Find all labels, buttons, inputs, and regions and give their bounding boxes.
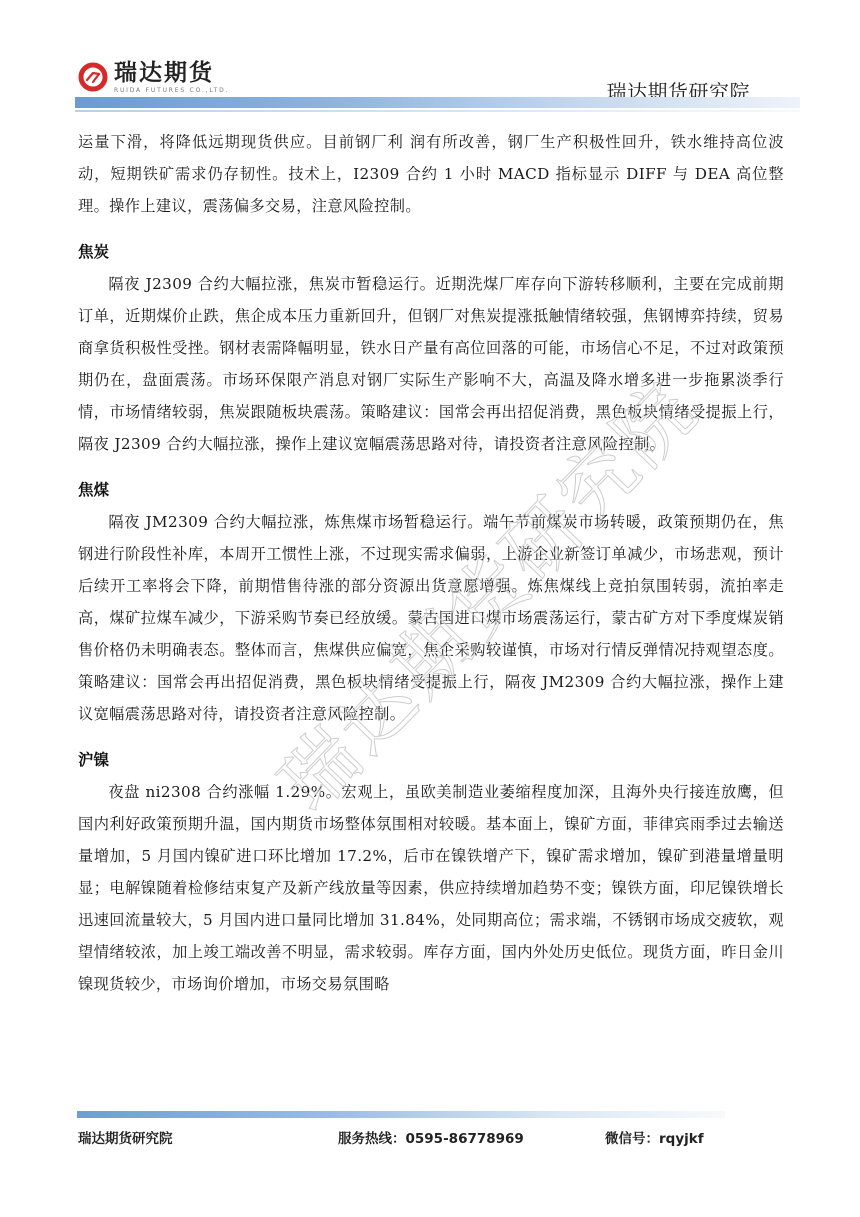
section-paragraph-coke: 隔夜 J2309 合约大幅拉涨，焦炭市暂稳运行。近期洗煤厂库存向下游转移顺利，主…	[78, 268, 784, 460]
section-title-nickel: 沪镍	[78, 744, 784, 776]
intro-paragraph: 运量下滑，将降低远期现货供应。目前钢厂利 润有所改善，钢厂生产积极性回升，铁水维…	[78, 126, 784, 222]
logo-english-name: RUIDA FUTURES CO.,LTD.	[114, 87, 229, 95]
footer-org-name: 瑞达期货研究院	[78, 1127, 173, 1147]
section-paragraph-coking-coal: 隔夜 JM2309 合约大幅拉涨，炼焦煤市场暂稳运行。端午节前煤炭市场转暖，政策…	[78, 506, 784, 730]
footer-hotline: 服务热线：0595-86778969	[338, 1127, 524, 1147]
logo-chinese-name: 瑞达期货	[114, 60, 229, 86]
page-footer: 瑞达期货研究院 服务热线：0595-86778969 微信号：rqyjkf	[78, 1127, 778, 1147]
document-body: 运量下滑，将降低远期现货供应。目前钢厂利 润有所改善，钢厂生产积极性回升，铁水维…	[78, 126, 784, 1000]
header-divider-line	[75, 110, 800, 112]
header-divider-bar	[75, 97, 800, 108]
company-logo: 瑞达期货 RUIDA FUTURES CO.,LTD.	[78, 60, 229, 100]
footer-wechat: 微信号：rqyjkf	[605, 1127, 704, 1147]
section-title-coke: 焦炭	[78, 236, 784, 268]
ruida-logo-icon	[78, 62, 108, 92]
page-header: 瑞达期货 RUIDA FUTURES CO.,LTD. 瑞达期货研究院	[0, 0, 860, 120]
footer-divider-bar	[77, 1111, 725, 1118]
section-title-coking-coal: 焦煤	[78, 474, 784, 506]
section-paragraph-nickel: 夜盘 ni2308 合约涨幅 1.29%。宏观上，虽欧美制造业萎缩程度加深，且海…	[78, 776, 784, 1000]
